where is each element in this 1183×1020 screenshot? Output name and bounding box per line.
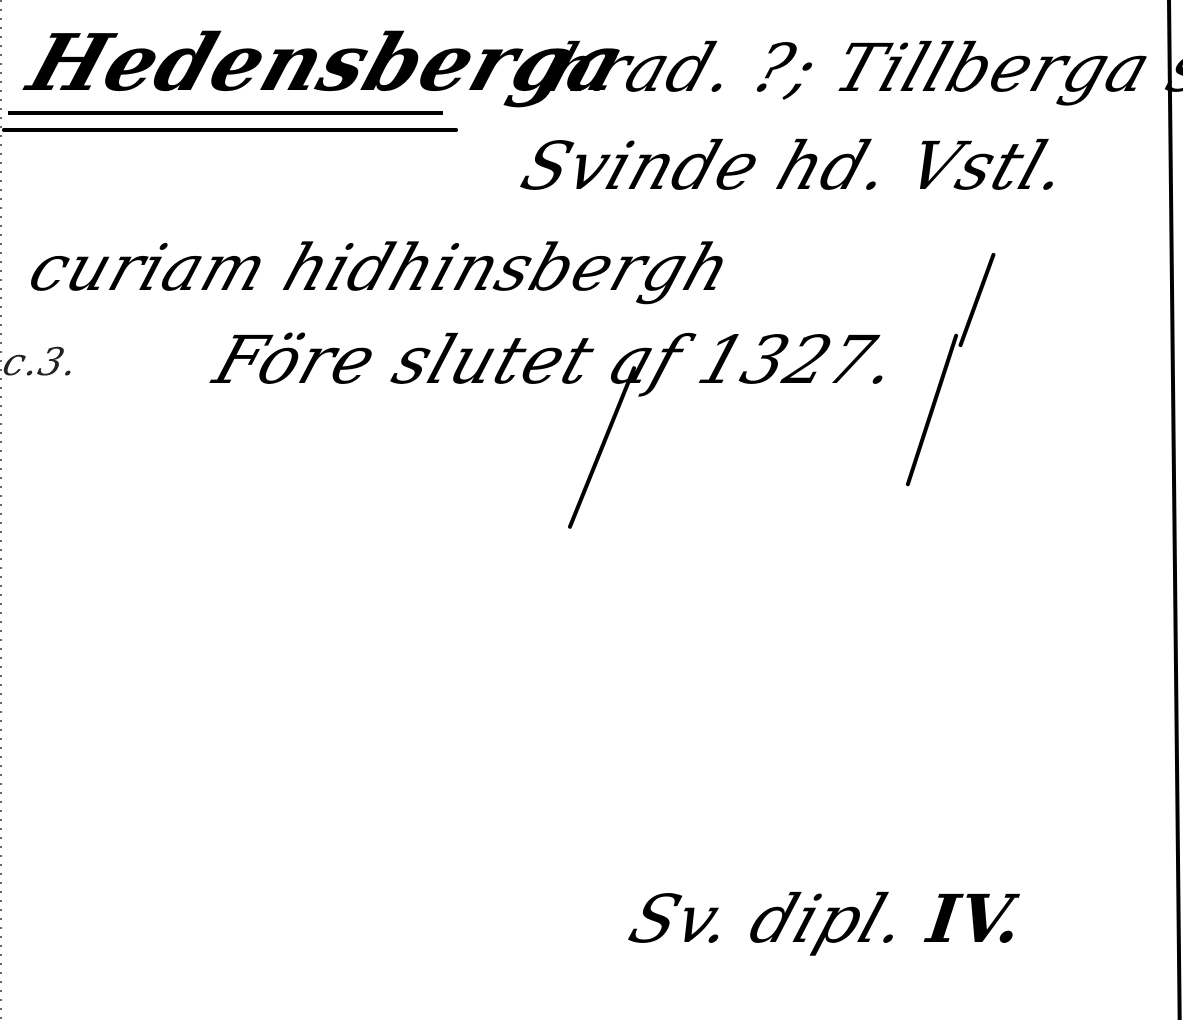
source-reference: Sv. dipl. IV. bbox=[620, 880, 1037, 958]
district-line: Svinde hd. Vstl. bbox=[512, 128, 1078, 205]
card-left-edge bbox=[0, 0, 2, 1020]
headword-underline bbox=[8, 111, 443, 115]
date-line: Före slutet af 1327. bbox=[205, 322, 908, 399]
descender-stroke-7 bbox=[905, 333, 958, 486]
source-text: Sv. dipl. bbox=[620, 881, 918, 958]
archive-card: Hedensberga hrad. ?; Tillberga sn. Svind… bbox=[0, 0, 1183, 1020]
descender-stroke-h bbox=[958, 252, 996, 347]
margin-note: c.3. bbox=[0, 340, 83, 384]
latin-form-line: curiam hidhinsbergh bbox=[20, 232, 740, 306]
source-volume: IV. bbox=[915, 880, 1037, 958]
headword-location: hrad. ?; Tillberga sn. bbox=[540, 30, 1183, 107]
headword-double-underline bbox=[2, 128, 458, 132]
card-right-edge bbox=[1167, 0, 1182, 1020]
